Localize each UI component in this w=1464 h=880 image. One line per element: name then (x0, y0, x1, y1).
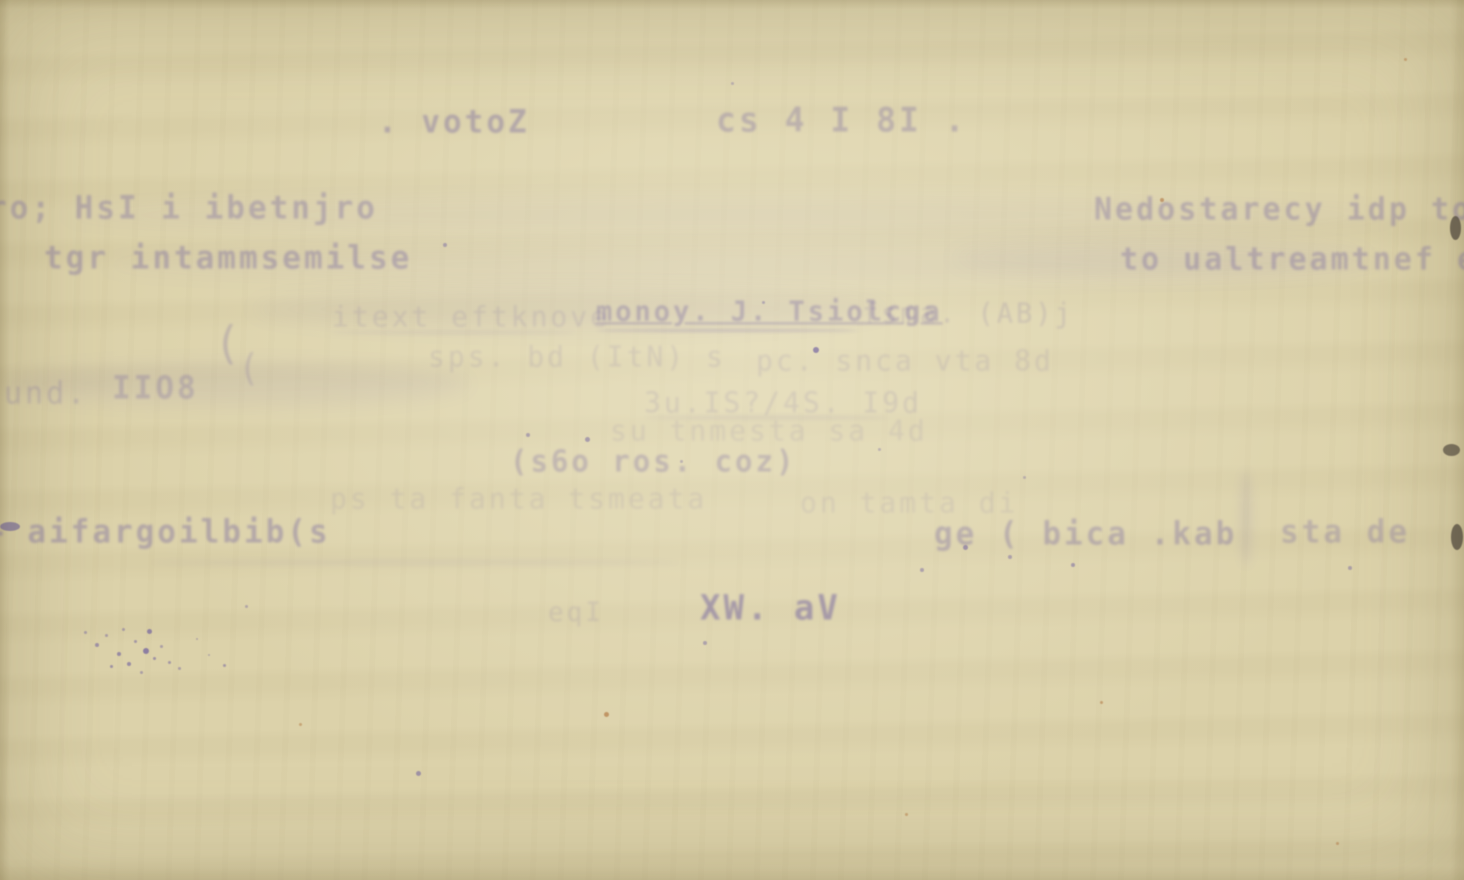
ink-speck (1443, 444, 1460, 456)
ink-speck (134, 640, 137, 643)
ink-speck (604, 712, 609, 717)
ink-speck (1404, 58, 1407, 61)
ink-speck (122, 628, 125, 631)
ink-speck (84, 631, 87, 634)
ink-speck (105, 634, 108, 637)
ink-speck (526, 433, 530, 437)
document-scan-page: . votoZcs 4 I 8I .ro; HsI i ibetnjrotgr … (0, 0, 1464, 880)
speck-layer (0, 0, 1464, 880)
ink-speck (680, 460, 683, 463)
ink-speck (1336, 842, 1339, 845)
ink-speck (762, 301, 765, 304)
ink-speck (1451, 524, 1463, 550)
ink-speck (1023, 476, 1026, 479)
ink-speck (117, 652, 121, 656)
ink-speck (905, 813, 908, 816)
ink-speck (153, 657, 156, 660)
ink-speck (920, 568, 924, 572)
ink-speck (0, 522, 20, 531)
ink-speck (299, 723, 302, 726)
ink-speck (143, 648, 149, 654)
ink-speck (1348, 566, 1352, 570)
ink-speck (585, 437, 590, 442)
ink-speck (127, 662, 131, 666)
ink-speck (1100, 701, 1103, 704)
ink-speck (703, 641, 707, 645)
ink-speck (731, 82, 734, 85)
ink-speck (168, 661, 171, 664)
ink-speck (208, 654, 210, 656)
ink-speck (160, 645, 163, 648)
ink-speck (147, 629, 152, 634)
ink-speck (223, 664, 226, 667)
ink-speck (1071, 563, 1075, 567)
ink-speck (963, 545, 968, 550)
ink-speck (178, 667, 181, 670)
ink-speck (813, 347, 819, 353)
ink-speck (1450, 216, 1461, 240)
ink-speck (1008, 555, 1012, 559)
ink-speck (1160, 198, 1164, 202)
ink-speck (245, 605, 248, 608)
ink-speck (878, 448, 881, 451)
ink-speck (140, 671, 143, 674)
ink-speck (110, 665, 113, 668)
ink-speck (443, 243, 447, 247)
ink-speck (416, 771, 421, 776)
ink-speck (95, 643, 99, 647)
ink-speck (196, 638, 198, 640)
